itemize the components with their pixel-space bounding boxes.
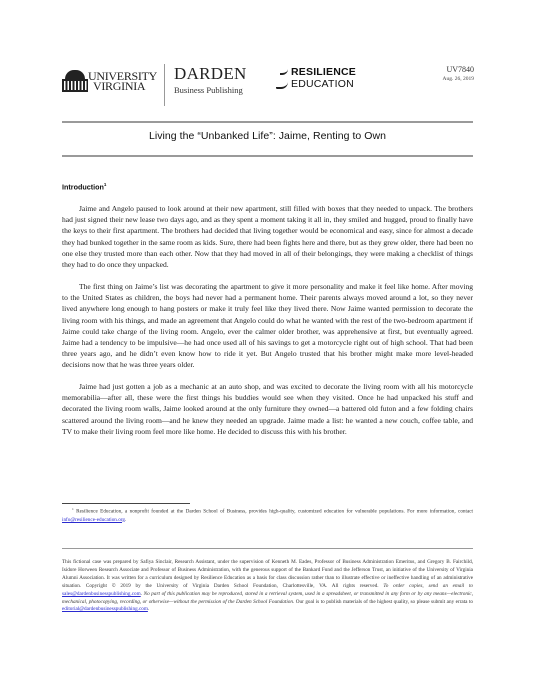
footnote-1: 1 Resilience Education, a nonprofit foun…: [62, 506, 473, 524]
disclaimer-end: .: [148, 606, 149, 612]
disclaimer-top-rule: [62, 548, 473, 549]
footnote-text: Resilience Education, a nonprofit founde…: [76, 509, 473, 515]
title-bottom-rule: [62, 155, 473, 157]
footnote-separator: [62, 503, 190, 504]
sales-email-link[interactable]: sales@dardenbusinesspublishing.com: [62, 591, 141, 597]
rotunda-icon: [62, 70, 85, 92]
title-top-rule: [62, 121, 473, 123]
resilience-logo-line1: RESILIENCE: [291, 66, 356, 78]
document-title: Living the “Unbanked Life”: Jaime, Renti…: [62, 130, 473, 142]
editorial-email-link[interactable]: editorial@dardenbusinesspublishing.com: [62, 606, 148, 612]
case-number: UV7840: [443, 64, 474, 75]
section-heading-text: Introduction: [62, 182, 104, 191]
footnote-number: 1: [72, 507, 74, 511]
darden-logo: DARDEN Business Publishing: [174, 64, 247, 96]
body-paragraph-3: Jaime had just gotten a job as a mechani…: [62, 381, 473, 437]
copyright-disclaimer: This fictional case was prepared by Safi…: [62, 559, 473, 614]
resilience-logo-line2: EDUCATION: [291, 78, 354, 90]
footnote-end: .: [125, 517, 126, 523]
body-paragraph-2: The first thing on Jaime’s list was deco…: [62, 281, 473, 371]
darden-subtitle: Business Publishing: [174, 84, 247, 96]
uva-logo: UNIVERSITY VIRGINIA: [62, 66, 157, 96]
section-heading-introduction: Introduction1: [62, 182, 106, 191]
case-date: Aug. 26, 2019: [443, 75, 474, 83]
case-identifier: UV7840 Aug. 26, 2019: [443, 64, 474, 83]
document-header: UNIVERSITY VIRGINIA DARDEN Business Publ…: [62, 64, 474, 104]
footnote-email-link[interactable]: info@resilience-education.org: [62, 517, 125, 523]
disclaimer-order-text: To order copies, send an email to: [383, 583, 473, 589]
disclaimer-errata-text: Our goal is to publish materials of the …: [294, 599, 473, 605]
footnote-marker[interactable]: 1: [104, 182, 107, 187]
resilience-education-logo: RESILIENCE EDUCATION: [274, 64, 374, 100]
darden-name: DARDEN: [174, 64, 247, 84]
bird-swoosh-icon: [276, 82, 288, 89]
logo-divider: [164, 64, 165, 106]
bird-swoosh-icon: [280, 69, 288, 75]
body-paragraph-1: Jaime and Angelo paused to look around a…: [62, 203, 473, 270]
